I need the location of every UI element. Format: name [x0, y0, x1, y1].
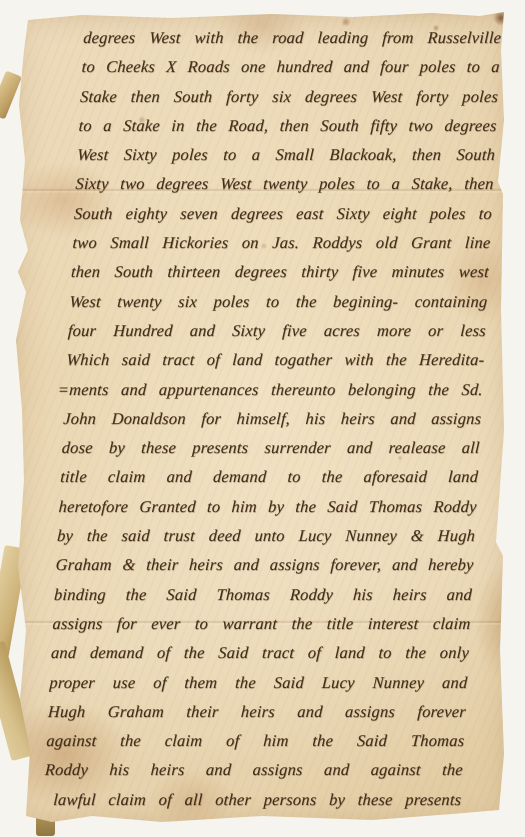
manuscript-line: Hugh Graham their heirs and assigns fore… — [47, 697, 467, 726]
manuscript-line: two Small Hickories on Jas. Roddys old G… — [72, 228, 492, 257]
binding-ribbon-top — [0, 70, 22, 119]
manuscript-line: =ments and appurtenances thereunto belon… — [57, 375, 484, 404]
manuscript-line: dose by these presents surrender and rea… — [61, 433, 481, 462]
manuscript-line: Sixty two degrees West twenty poles to a… — [75, 169, 495, 198]
manuscript-line: degrees West with the road leading from … — [82, 23, 502, 52]
manuscript-page: degrees West with the road leading from … — [12, 10, 512, 830]
manuscript-line: title claim and demand to the aforesaid … — [59, 462, 479, 491]
manuscript-line: assigns for ever to warrant the title in… — [52, 609, 472, 638]
manuscript-line: Graham & their heirs and assigns forever… — [55, 550, 475, 579]
manuscript-line: then South thirteen degrees thirty five … — [70, 257, 490, 286]
manuscript-line: to Cheeks X Roads one hundred and four p… — [81, 52, 501, 81]
manuscript-line: four Hundred and Sixty five acres more o… — [67, 316, 487, 345]
manuscript-line: lawful claim of all other persons by the… — [43, 785, 463, 814]
manuscript-line: South eighty seven degrees east Sixty ei… — [73, 199, 493, 228]
manuscript-line: West twenty six poles to the begining- c… — [69, 287, 489, 316]
scanned-document: degrees West with the road leading from … — [0, 0, 525, 837]
manuscript-line: John Donaldson for himself, his heirs an… — [63, 404, 483, 433]
manuscript-line: West Sixty poles to a Small Blackoak, th… — [76, 140, 496, 169]
manuscript-line: to a Stake in the Road, then South fifty… — [78, 111, 498, 140]
manuscript-text: degrees West with the road leading from … — [43, 23, 502, 814]
manuscript-line: Which said tract of land togather with t… — [66, 345, 486, 374]
manuscript-line: proper use of them the Said Lucy Nunney … — [49, 668, 469, 697]
manuscript-line: heretofore Granted to him by the Said Th… — [58, 492, 478, 521]
manuscript-line: binding the Said Thomas Roddy his heirs … — [53, 580, 473, 609]
manuscript-line: and demand of the Said tract of land to … — [50, 638, 470, 667]
manuscript-line: by the said trust deed unto Lucy Nunney … — [56, 521, 476, 550]
manuscript-line: against the claim of him the Said Thomas — [46, 726, 466, 755]
manuscript-line: Roddy his heirs and assigns and against … — [44, 755, 464, 784]
manuscript-line: Stake then South forty six degrees West … — [79, 82, 499, 111]
